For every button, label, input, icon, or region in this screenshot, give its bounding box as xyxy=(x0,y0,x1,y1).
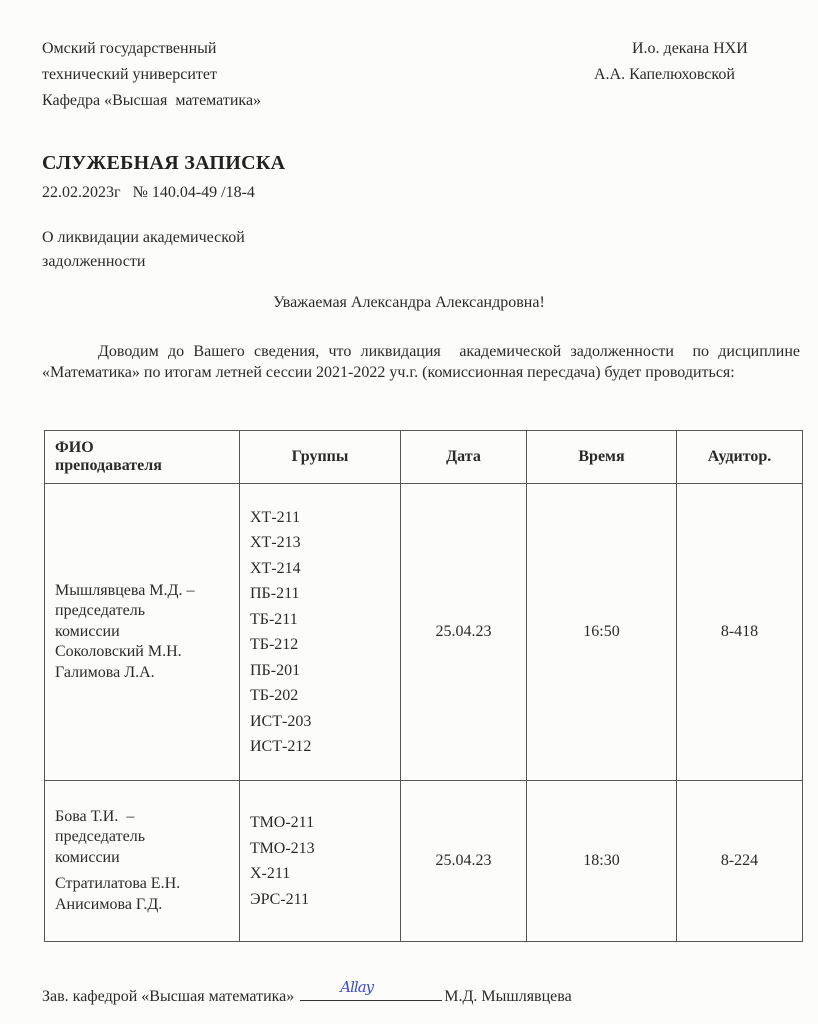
memo-subject-line2: задолженности xyxy=(42,250,245,274)
group-item: ИСТ-212 xyxy=(250,734,400,760)
group-item: ТБ-211 xyxy=(250,607,400,633)
memo-date-number: 22.02.2023г№ 140.04-49 /18-4 xyxy=(42,180,255,206)
table-row: Бова Т.И. – председатель комиссии Страти… xyxy=(45,781,803,942)
memo-date: 22.02.2023г xyxy=(42,184,121,201)
header-fio-line1: ФИО xyxy=(55,439,239,457)
recipient-name: А.А. Капелюховской xyxy=(594,62,794,88)
name-line: Анисимова Г.Д. xyxy=(55,895,239,916)
sender-university-line2: технический университет xyxy=(42,62,261,88)
cell-room: 8-224 xyxy=(677,781,803,942)
group-item: ТМО-213 xyxy=(250,836,400,862)
table-header-row: ФИО преподавателя Группы Дата Время Ауди… xyxy=(45,431,803,484)
cell-time: 18:30 xyxy=(527,781,677,942)
group-item: ТБ-202 xyxy=(250,683,400,709)
signature-block: Зав. кафедрой «Высшая математика» AllayМ… xyxy=(42,986,572,1008)
recipient-block: И.о. декана НХИ А.А. Капелюховской xyxy=(594,36,794,88)
group-item: ХТ-211 xyxy=(250,505,400,531)
header-date: Дата xyxy=(401,431,527,484)
cell-names: Мышлявцева М.Д. – председатель комиссии … xyxy=(45,484,240,781)
body-paragraph: Доводим до Вашего сведения, что ликвидац… xyxy=(42,342,800,383)
memo-number: № 140.04-49 /18-4 xyxy=(133,184,255,201)
header-fio-line2: преподавателя xyxy=(55,457,239,475)
memo-title: СЛУЖЕБНАЯ ЗАПИСКА xyxy=(42,152,285,175)
cell-time: 16:50 xyxy=(527,484,677,781)
greeting: Уважаемая Александра Александровна! xyxy=(0,294,818,312)
group-item: ЭРС-211 xyxy=(250,887,400,913)
cell-names: Бова Т.И. – председатель комиссии Страти… xyxy=(45,781,240,942)
header-room: Аудитор. xyxy=(677,431,803,484)
signatory-position: Зав. кафедрой «Высшая математика» xyxy=(42,988,294,1005)
name-line: Стратилатова Е.Н. xyxy=(55,874,239,895)
memo-subject-line1: О ликвидации академической xyxy=(42,226,245,250)
group-item: ХТ-214 xyxy=(250,556,400,582)
group-item: ПБ-201 xyxy=(250,658,400,684)
cell-date: 25.04.23 xyxy=(401,484,527,781)
name-line: Бова Т.И. – xyxy=(55,807,239,828)
name-line: Соколовский М.Н. xyxy=(55,642,239,663)
name-line: председатель xyxy=(55,827,239,848)
cell-date: 25.04.23 xyxy=(401,781,527,942)
sender-block: Омский государственный технический униве… xyxy=(42,36,261,114)
group-item: ТМО-211 xyxy=(250,810,400,836)
header-fio: ФИО преподавателя xyxy=(45,431,240,484)
cell-groups: ТМО-211 ТМО-213 Х-211 ЭРС-211 xyxy=(240,781,401,942)
memo-subject: О ликвидации академической задолженности xyxy=(42,226,245,274)
group-item: ПБ-211 xyxy=(250,581,400,607)
name-line: комиссии xyxy=(55,622,239,643)
group-item: Х-211 xyxy=(250,861,400,887)
schedule-table: ФИО преподавателя Группы Дата Время Ауди… xyxy=(44,430,803,942)
cell-groups: ХТ-211 ХТ-213 ХТ-214 ПБ-211 ТБ-211 ТБ-21… xyxy=(240,484,401,781)
group-item: ТБ-212 xyxy=(250,632,400,658)
header-groups: Группы xyxy=(240,431,401,484)
signature-line: Allay xyxy=(300,986,442,1001)
name-line: председатель xyxy=(55,601,239,622)
recipient-position: И.о. декана НХИ xyxy=(594,36,794,62)
signatory-name: М.Д. Мышлявцева xyxy=(444,988,571,1005)
signature-mark: Allay xyxy=(340,976,373,998)
group-item: ИСТ-203 xyxy=(250,709,400,735)
group-item: ХТ-213 xyxy=(250,530,400,556)
name-line: Галимова Л.А. xyxy=(55,663,239,684)
sender-university-line1: Омский государственный xyxy=(42,36,261,62)
name-line: комиссии xyxy=(55,848,239,869)
name-line: Мышлявцева М.Д. – xyxy=(55,581,239,602)
header-time: Время xyxy=(527,431,677,484)
cell-room: 8-418 xyxy=(677,484,803,781)
sender-department: Кафедра «Высшая математика» xyxy=(42,88,261,114)
table-row: Мышлявцева М.Д. – председатель комиссии … xyxy=(45,484,803,781)
